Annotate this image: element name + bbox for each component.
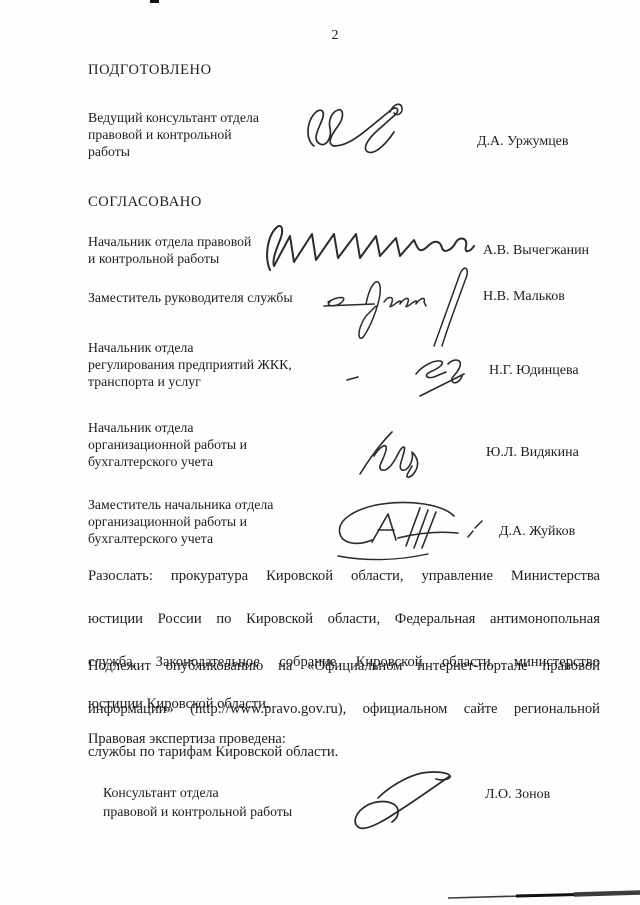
document-page: 2 ПОДГОТОВЛЕНО Ведущий консультант отдел… <box>0 0 640 905</box>
handwritten-signature-icon <box>334 500 462 564</box>
handwritten-signature-icon <box>350 768 455 840</box>
scan-artifact-bottom-line <box>446 888 640 905</box>
signatory-name: А.В. Вычегжанин <box>483 243 589 259</box>
signature-dash-mark <box>346 374 360 382</box>
legal-review-note: Правовая экспертиза проведена: <box>88 731 286 748</box>
section-heading-prepared: ПОДГОТОВЛЕНО <box>88 62 212 79</box>
signatory-name: Ю.Л. Видякина <box>486 445 579 461</box>
scan-artifact-top <box>150 0 159 3</box>
role-label: Начальник отдела организационной работы … <box>88 419 247 470</box>
handwritten-signature-icon <box>358 428 430 480</box>
role-label: Ведущий консультант отдела правовой и ко… <box>88 109 259 160</box>
signatory-name: Л.О. Зонов <box>485 787 550 803</box>
handwritten-signature-icon <box>412 352 474 398</box>
role-label: Начальник отдела регулирования предприят… <box>88 339 292 390</box>
signatory-name: Н.Г. Юдинцева <box>489 363 579 379</box>
signatory-name: Н.В. Мальков <box>483 289 565 305</box>
role-label: Заместитель начальника отдела организаци… <box>88 496 273 547</box>
role-label: Консультант отдела правовой и контрольно… <box>103 783 292 821</box>
signature-slash-mark <box>466 520 484 540</box>
role-label: Начальник отдела правовой и контрольной … <box>88 233 251 267</box>
section-heading-approved: СОГЛАСОВАНО <box>88 194 202 211</box>
page-number: 2 <box>310 28 360 44</box>
role-label: Заместитель руководителя службы <box>88 289 293 306</box>
signatory-name: Д.А. Жуйков <box>499 524 575 540</box>
handwritten-signature-icon <box>322 262 482 347</box>
handwritten-signature-icon <box>298 100 410 162</box>
signatory-name: Д.А. Уржумцев <box>477 134 569 150</box>
